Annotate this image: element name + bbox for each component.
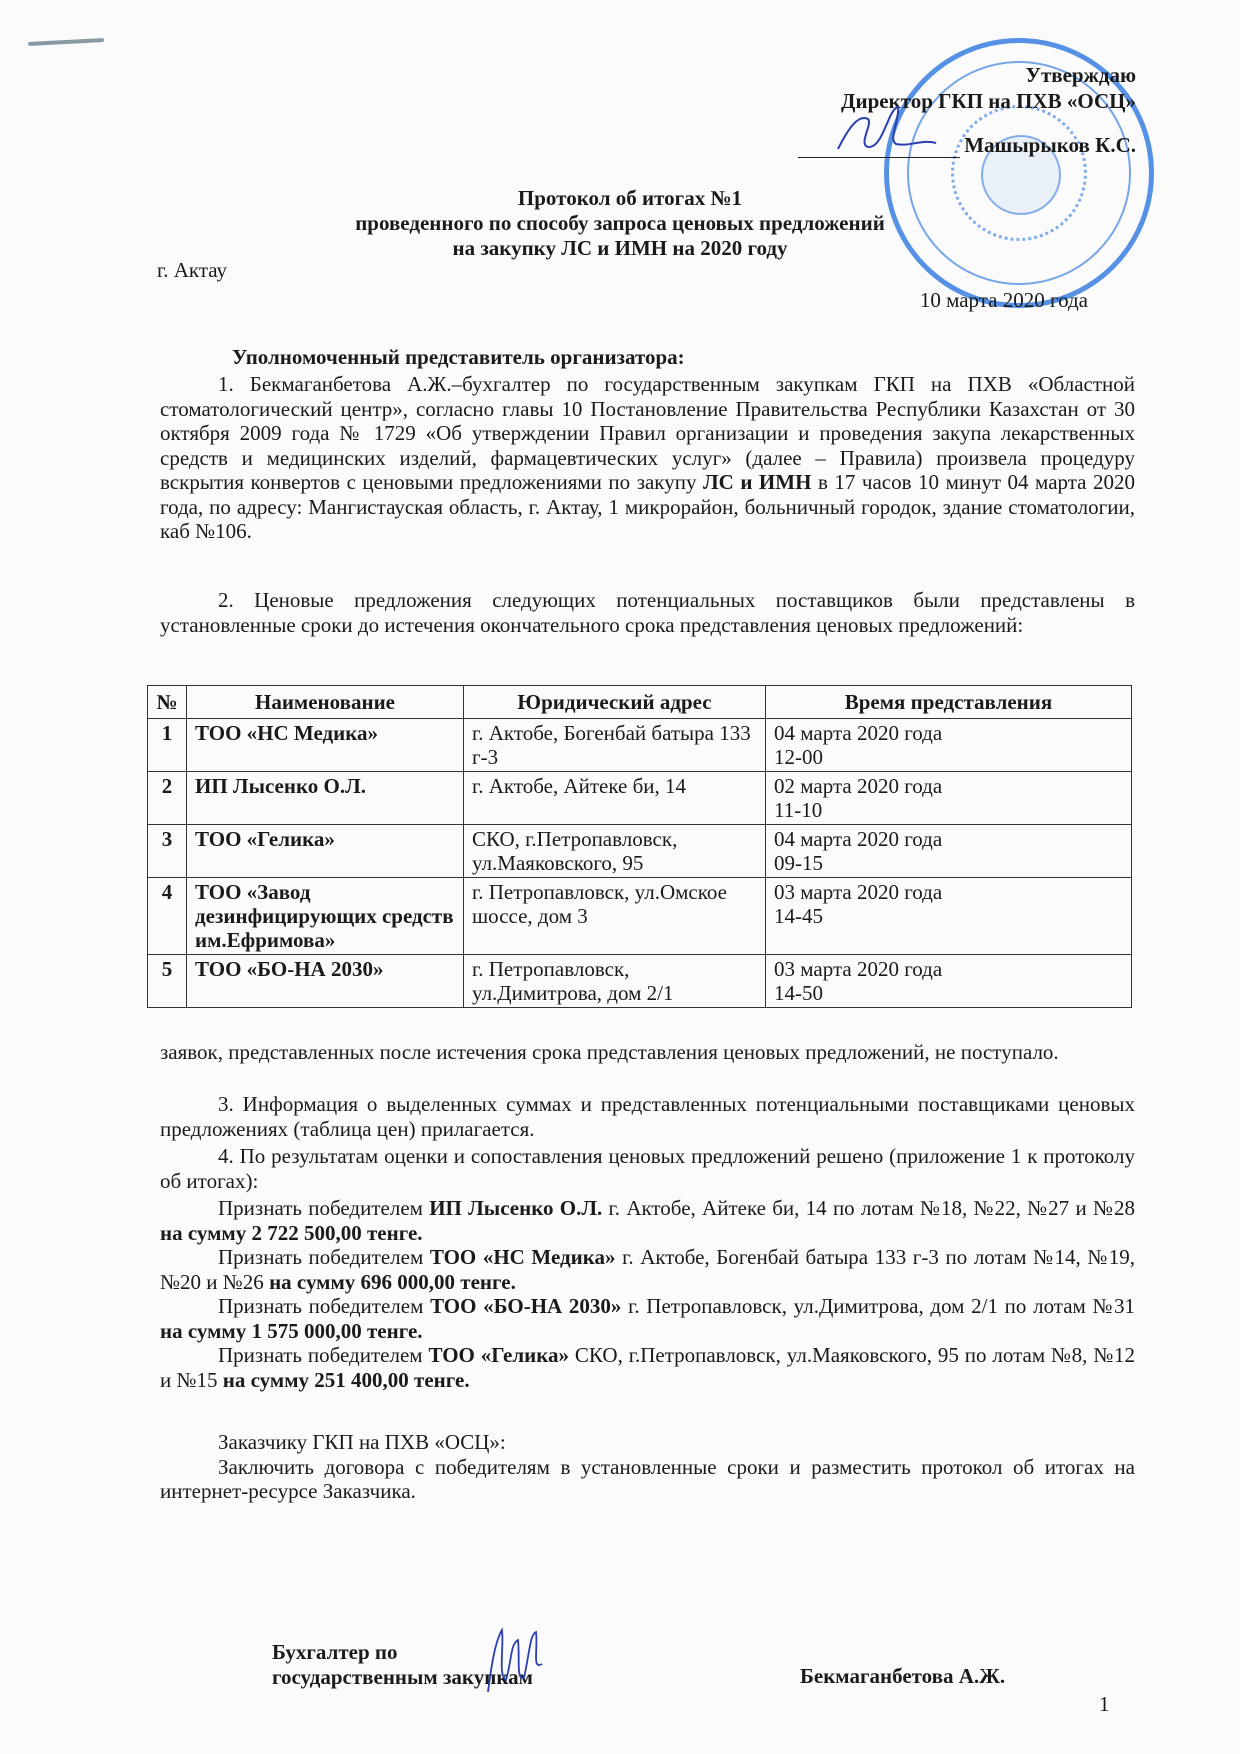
submission-time: 03 марта 2020 года14-50 bbox=[766, 955, 1132, 1008]
paragraph-2: 2. Ценовые предложения следующих потенци… bbox=[160, 588, 1135, 637]
submission-time: 02 марта 2020 года11-10 bbox=[766, 772, 1132, 825]
approval-label: Утверждаю bbox=[798, 62, 1136, 88]
col-number: № bbox=[148, 686, 187, 719]
winner-item: Признать победителем ТОО «Гелика» СКО, г… bbox=[160, 1343, 1135, 1392]
col-name: Наименование bbox=[187, 686, 464, 719]
winner-item: Признать победителем ИП Лысенко О.Л. г. … bbox=[160, 1196, 1135, 1245]
paragraph-1: 1. Бекмаганбетова А.Ж.–бухгалтер по госу… bbox=[160, 372, 1135, 544]
customer-section: Заказчику ГКП на ПХВ «ОСЦ»: Заключить до… bbox=[160, 1430, 1135, 1504]
col-time: Время представления bbox=[766, 686, 1132, 719]
approval-position: Директор ГКП на ПХВ «ОСЦ» bbox=[798, 88, 1136, 114]
document-title: Протокол об итогах №1 проведенного по сп… bbox=[0, 186, 1240, 261]
submission-time: 04 марта 2020 года09-15 bbox=[766, 825, 1132, 878]
supplier-address: СКО, г.Петропавловск, ул.Маяковского, 95 bbox=[464, 825, 766, 878]
footer-name: Бекмаганбетова А.Ж. bbox=[800, 1664, 1005, 1689]
winner-item: Признать победителем ТОО «НС Медика» г. … bbox=[160, 1245, 1135, 1294]
city: г. Актау bbox=[157, 258, 227, 283]
supplier-address: г. Петропавловск, ул.Омское шоссе, дом 3 bbox=[464, 878, 766, 955]
scan-artifact bbox=[28, 38, 104, 46]
submission-time: 04 марта 2020 года12-00 bbox=[766, 719, 1132, 772]
winner-item: Признать победителем ТОО «БО-НА 2030» г.… bbox=[160, 1294, 1135, 1343]
row-number: 1 bbox=[148, 719, 187, 772]
paragraph-4: 4. По результатам оценки и сопоставления… bbox=[160, 1144, 1135, 1193]
title-line-2: проведенного по способу запроса ценовых … bbox=[0, 211, 1240, 236]
footer-role: Бухгалтер по государственным закупкам bbox=[272, 1640, 533, 1690]
supplier-name: ИП Лысенко О.Л. bbox=[187, 772, 464, 825]
row-number: 4 bbox=[148, 878, 187, 955]
supplier-name: ТОО «Завод дезинфицирующих средств им.Еф… bbox=[187, 878, 464, 955]
representative-heading: Уполномоченный представитель организатор… bbox=[232, 345, 685, 370]
supplier-name: ТОО «Гелика» bbox=[187, 825, 464, 878]
paragraph-3: 3. Информация о выделенных суммах и пред… bbox=[160, 1092, 1135, 1141]
approval-signatory: Машырыков К.С. bbox=[964, 132, 1136, 158]
supplier-name: ТОО «НС Медика» bbox=[187, 719, 464, 772]
table-row: 5ТОО «БО-НА 2030»г. Петропавловск, ул.Ди… bbox=[148, 955, 1132, 1008]
supplier-address: г. Актобе, Богенбай батыра 133 г-3 bbox=[464, 719, 766, 772]
table-row: 4ТОО «Завод дезинфицирующих средств им.Е… bbox=[148, 878, 1132, 955]
table-header-row: № Наименование Юридический адрес Время п… bbox=[148, 686, 1132, 719]
approval-block: Утверждаю Директор ГКП на ПХВ «ОСЦ» Машы… bbox=[798, 62, 1136, 158]
document-page: Утверждаю Директор ГКП на ПХВ «ОСЦ» Машы… bbox=[0, 0, 1240, 1754]
document-date: 10 марта 2020 года bbox=[920, 288, 1088, 313]
submission-time: 03 марта 2020 года14-45 bbox=[766, 878, 1132, 955]
table-row: 2ИП Лысенко О.Л.г. Актобе, Айтеке би, 14… bbox=[148, 772, 1132, 825]
supplier-address: г. Петропавловск, ул.Димитрова, дом 2/1 bbox=[464, 955, 766, 1008]
director-signature-line bbox=[798, 133, 960, 158]
supplier-name: ТОО «БО-НА 2030» bbox=[187, 955, 464, 1008]
row-number: 2 bbox=[148, 772, 187, 825]
col-address: Юридический адрес bbox=[464, 686, 766, 719]
title-line-1: Протокол об итогах №1 bbox=[0, 186, 1240, 211]
supplier-address: г. Актобе, Айтеке би, 14 bbox=[464, 772, 766, 825]
bids-table: № Наименование Юридический адрес Время п… bbox=[147, 685, 1132, 1008]
winners-list: Признать победителем ИП Лысенко О.Л. г. … bbox=[160, 1196, 1135, 1392]
row-number: 5 bbox=[148, 955, 187, 1008]
row-number: 3 bbox=[148, 825, 187, 878]
page-number: 1 bbox=[1099, 1692, 1110, 1717]
table-row: 3ТОО «Гелика»СКО, г.Петропавловск, ул.Ма… bbox=[148, 825, 1132, 878]
table-row: 1ТОО «НС Медика»г. Актобе, Богенбай баты… bbox=[148, 719, 1132, 772]
after-table-text: заявок, представленных после истечения с… bbox=[160, 1040, 1135, 1065]
